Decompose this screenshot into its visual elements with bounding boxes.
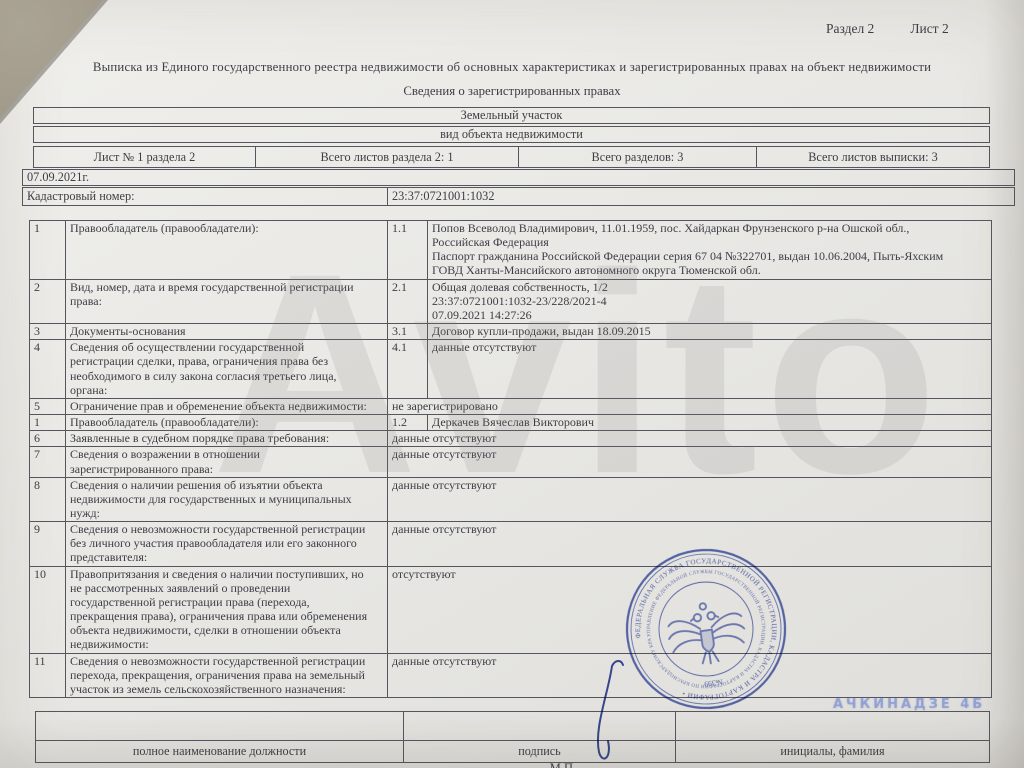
table-row: 10 Правопритязания и сведения о наличии … — [30, 566, 992, 653]
row-value: данные отсутствуют — [388, 431, 992, 447]
row-num: 1 — [30, 415, 66, 431]
table-row: 6 Заявленные в судебном порядке права тр… — [30, 431, 992, 447]
table-row: 11 Сведения о невозможности государствен… — [30, 653, 992, 697]
row-subnum: 1.1 — [388, 221, 428, 280]
row-label: Заявленные в судебном порядке права треб… — [66, 431, 388, 447]
double-eagle-emblem-icon — [665, 598, 749, 669]
issue-date: 07.09.2021г. — [22, 169, 1015, 186]
sheet-info-cell-total-sections: Всего разделов: 3 — [519, 147, 757, 167]
sheet-info-cell-total-sheets: Всего листов выписки: 3 — [757, 147, 989, 167]
sheet-label: Лист 2 — [910, 21, 948, 36]
row-value: Общая долевая собственность, 1/2 23:37:0… — [428, 279, 992, 323]
cadastral-value: 23:37:0721001:1032 — [388, 188, 1014, 205]
row-value: Договор купли-продажи, выдан 18.09.2015 — [428, 324, 992, 340]
page-subtitle: Сведения о зарегистрированных правах — [0, 84, 1024, 99]
row-num: 1 — [30, 221, 66, 280]
row-value: не зарегистрировано — [388, 398, 992, 414]
row-label: Документы-основания — [66, 324, 388, 340]
page-title: Выписка из Единого государственного реес… — [0, 60, 1024, 75]
row-num: 10 — [30, 566, 66, 653]
table-row: 4 Сведения об осуществлении государствен… — [30, 340, 992, 399]
row-num: 9 — [30, 522, 66, 566]
faint-stamp-note: АЧКИНАДЗЕ 4Б — [833, 697, 985, 712]
object-type-caption-box: вид объекта недвижимости — [33, 126, 990, 143]
row-value: данные отсутствуют — [428, 340, 992, 399]
row-num: 3 — [30, 324, 66, 340]
signature-blank-row — [36, 712, 990, 741]
row-value: Попов Всеволод Владимирович, 11.01.1959,… — [428, 221, 992, 280]
signature-caption-row: полное наименование должности подпись ин… — [36, 741, 990, 763]
table-row: 3 Документы-основания 3.1 Договор купли-… — [30, 324, 992, 340]
section-label: Раздел 2 — [826, 21, 874, 36]
row-num: 2 — [30, 279, 66, 323]
footer-col-title: полное наименование должности — [36, 741, 404, 763]
sheet-info-cell-list: Лист № 1 раздела 2 — [34, 147, 256, 167]
signature-table: полное наименование должности подпись ин… — [35, 711, 990, 763]
table-row: 9 Сведения о невозможности государственн… — [30, 522, 992, 566]
row-label: Сведения о возражении в отношении зареги… — [66, 447, 388, 477]
row-num: 8 — [30, 477, 66, 521]
photo-of-document: Раздел 2 Лист 2 Выписка из Единого госуд… — [0, 0, 1024, 768]
table-row: 2 Вид, номер, дата и время государственн… — [30, 279, 992, 323]
footer-title-cell — [36, 712, 404, 741]
row-subnum: 2.1 — [388, 279, 428, 323]
row-label: Сведения о невозможности государственной… — [66, 522, 388, 566]
object-type-box: Земельный участок — [33, 107, 990, 124]
cadastral-row: Кадастровый номер: 23:37:0721001:1032 — [22, 187, 1015, 206]
section-sheet-header: Раздел 2 Лист 2 — [826, 20, 949, 38]
table-row: 7 Сведения о возражении в отношении заре… — [30, 447, 992, 477]
footer-col-name: инициалы, фамилия — [676, 741, 990, 763]
table-row: 8 Сведения о наличии решения об изъятии … — [30, 477, 992, 521]
pen-signature — [578, 658, 668, 768]
row-value: Деркачев Вячеслав Викторович — [428, 415, 992, 431]
table-row: 5 Ограничение прав и обременение объекта… — [30, 398, 992, 414]
row-value: данные отсутствуют — [388, 477, 992, 521]
row-num: 7 — [30, 447, 66, 477]
table-row: 1 Правообладатель (правообладатели): 1.1… — [30, 221, 992, 280]
stamp-number: №399 — [704, 677, 724, 689]
cadastral-label: Кадастровый номер: — [23, 188, 388, 205]
stamp-inner-circle — [653, 576, 759, 682]
sheet-info-cell-total-section: Всего листов раздела 2: 1 — [256, 147, 519, 167]
sheet-info-row: Лист № 1 раздела 2 Всего листов раздела … — [33, 146, 990, 168]
row-label: Сведения об осуществлении государственно… — [66, 340, 388, 399]
row-subnum: 3.1 — [388, 324, 428, 340]
row-num: 11 — [30, 653, 66, 697]
row-subnum: 4.1 — [388, 340, 428, 399]
footer-name-cell — [676, 712, 990, 741]
rights-table: 1 Правообладатель (правообладатели): 1.1… — [29, 220, 992, 698]
row-label: Правообладатель (правообладатели): — [66, 221, 388, 280]
row-label: Сведения о невозможности государственной… — [66, 653, 388, 697]
row-num: 5 — [30, 398, 66, 414]
row-label: Правопритязания и сведения о наличии пос… — [66, 566, 388, 653]
row-subnum: 1.2 — [388, 415, 428, 431]
row-num: 4 — [30, 340, 66, 399]
row-label: Вид, номер, дата и время государственной… — [66, 279, 388, 323]
row-label: Правообладатель (правообладатели): — [66, 415, 388, 431]
row-value: данные отсутствуют — [388, 447, 992, 477]
table-row: 1 Правообладатель (правообладатели): 1.2… — [30, 415, 992, 431]
row-label: Ограничение прав и обременение объекта н… — [66, 398, 388, 414]
row-num: 6 — [30, 431, 66, 447]
row-label: Сведения о наличии решения об изъятии об… — [66, 477, 388, 521]
